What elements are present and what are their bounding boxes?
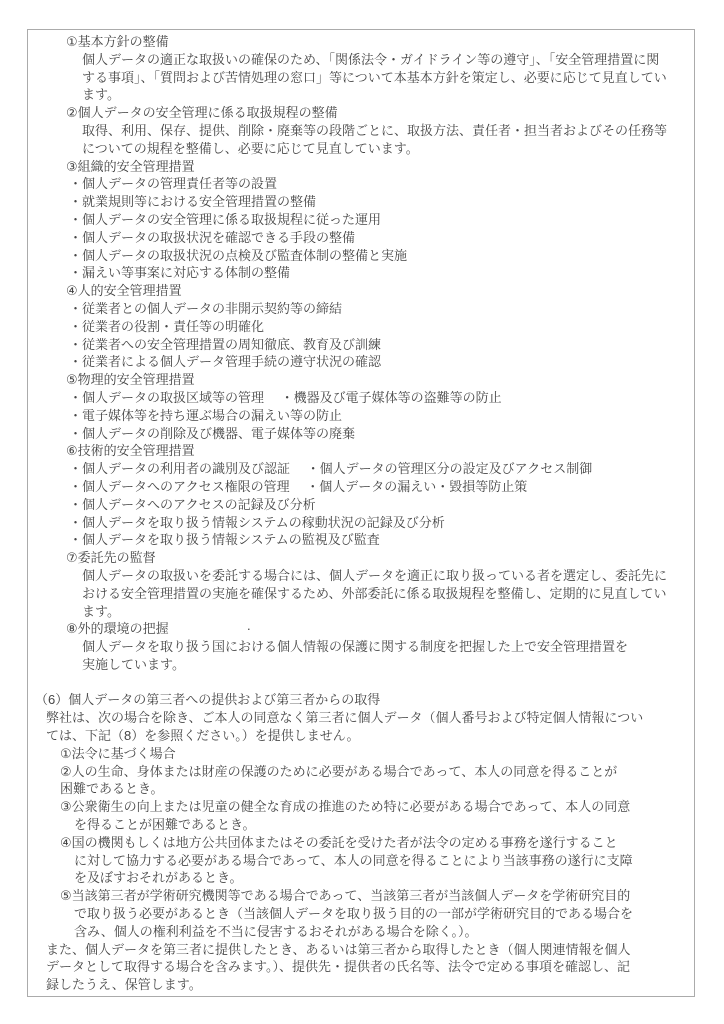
text-line: ⑦委託先の監督: [28, 549, 694, 567]
text-line: する事項」、「質問および苦情処理の窓口」等について本基本方針を策定し、必要に応じ…: [28, 69, 694, 87]
text-line: 個人データの取扱いを委託する場合には、個人データを適正に取り扱っている者を選定し…: [28, 567, 694, 585]
text-line: ては、下記（8）を参照ください。）を提供しません。: [28, 727, 694, 745]
text-line: ⑥技術的安全管理措置: [28, 442, 694, 460]
page: ①基本方針の整備個人データの適正な取扱いの確保のため、「関係法令・ガイドライン等…: [0, 0, 724, 1024]
text-line: ・電子媒体等を持ち運ぶ場合の漏えい等の防止: [28, 407, 694, 425]
text-line: ②個人データの安全管理に係る取扱規程の整備: [28, 104, 694, 122]
text-line: ・従業者による個人データ管理手続の遵守状況の確認: [28, 353, 694, 371]
text-line: ・個人データの安全管理に係る取扱規程に従った運用: [28, 211, 694, 229]
text-line: についての規程を整備し、必要に応じて見直しています。: [28, 140, 694, 158]
text-line: ③組織的安全管理措置: [28, 158, 694, 176]
text-line: で取り扱う必要があるとき（当該個人データを取り扱う目的の一部が学術研究目的である…: [28, 905, 694, 923]
text-line: 実施しています。: [28, 656, 694, 674]
text-line: ⑧外的環境の把握 ·: [28, 620, 694, 638]
text-line: また、個人データを第三者に提供したとき、あるいは第三者から取得したとき（個人関連…: [28, 941, 694, 959]
text-line: （6）個人データの第三者への提供および第三者からの取得: [28, 691, 694, 709]
text-line: ④人的安全管理措置: [28, 282, 694, 300]
text-line: ・個人データの取扱区域等の管理 ・機器及び電子媒体等の盗難等の防止: [28, 389, 694, 407]
text-line: ・個人データへのアクセスの記録及び分析: [28, 496, 694, 514]
text-line: ④国の機関もしくは地方公共団体またはその委託を受けた者が法令の定める事務を遂行す…: [28, 834, 694, 852]
text-line: に対して協力する必要がある場合であって、本人の同意を得ることにより当該事務の遂行…: [28, 852, 694, 870]
text-line: ます。: [28, 603, 694, 621]
text-line: ・従業者の役割・責任等の明確化: [28, 318, 694, 336]
text-line: 困難であるとき。: [28, 780, 694, 798]
text-line: を及ぼすおそれがあるとき。: [28, 869, 694, 887]
text-line: ②人の生命、身体または財産の保護のために必要がある場合であって、本人の同意を得る…: [28, 763, 694, 781]
text-line: 含み、個人の権利利益を不当に侵害するおそれがある場合を除く。）。: [28, 923, 694, 941]
blank-line: [28, 674, 694, 692]
text-line: 取得、利用、保存、提供、削除・廃棄等の段階ごとに、取扱方法、責任者・担当者および…: [28, 122, 694, 140]
text-line: ⑤物理的安全管理措置: [28, 371, 694, 389]
text-line: ・個人データの管理責任者等の設置: [28, 175, 694, 193]
text-line: ・従業者への安全管理措置の周知徹底、教育及び訓練: [28, 336, 694, 354]
text-line: ・個人データを取り扱う情報システムの稼動状況の記録及び分析: [28, 514, 694, 532]
document-frame: ①基本方針の整備個人データの適正な取扱いの確保のため、「関係法令・ガイドライン等…: [27, 29, 695, 997]
text-line: おける安全管理措置の実施を確保するため、外部委託に係る取扱規程を整備し、定期的に…: [28, 585, 694, 603]
text-line: を得ることが困難であるとき。: [28, 816, 694, 834]
text-line: ①基本方針の整備: [28, 33, 694, 51]
text-line: ・個人データの利用者の識別及び認証 ・個人データの管理区分の設定及びアクセス制御: [28, 460, 694, 478]
text-line: ます。: [28, 86, 694, 104]
text-line: データとして取得する場合を含みます。）、提供先・提供者の氏名等、法令で定める事項…: [28, 958, 694, 976]
text-line: ①法令に基づく場合: [28, 745, 694, 763]
text-line: ・漏えい等事案に対応する体制の整備: [28, 264, 694, 282]
text-line: 個人データを取り扱う国における個人情報の保護に関する制度を把握した上で安全管理措…: [28, 638, 694, 656]
text-line: ・個人データの取扱状況を確認できる手段の整備: [28, 229, 694, 247]
document-body: ①基本方針の整備個人データの適正な取扱いの確保のため、「関係法令・ガイドライン等…: [28, 33, 694, 996]
text-line: ・個人データへのアクセス権限の管理 ・個人データの漏えい・毀損等防止策: [28, 478, 694, 496]
text-line: ・個人データの削除及び機器、電子媒体等の廃棄: [28, 425, 694, 443]
text-line: 録したうえ、保管します。: [28, 976, 694, 994]
text-line: 個人データの適正な取扱いの確保のため、「関係法令・ガイドライン等の遵守」、「安全…: [28, 51, 694, 69]
text-line: ③公衆衛生の向上または児童の健全な育成の推進のため特に必要がある場合であって、本…: [28, 798, 694, 816]
text-line: 弊社は、次の場合を除き、ご本人の同意なく第三者に個人データ（個人番号および特定個…: [28, 709, 694, 727]
text-line: ・個人データを取り扱う情報システムの監視及び監査: [28, 531, 694, 549]
text-line: ・従業者との個人データの非開示契約等の締結: [28, 300, 694, 318]
text-line: ⑤当該第三者が学術研究機関等である場合であって、当該第三者が当該個人データを学術…: [28, 887, 694, 905]
text-line: ・個人データの取扱状況の点検及び監査体制の整備と実施: [28, 247, 694, 265]
text-line: ・就業規則等における安全管理措置の整備: [28, 193, 694, 211]
